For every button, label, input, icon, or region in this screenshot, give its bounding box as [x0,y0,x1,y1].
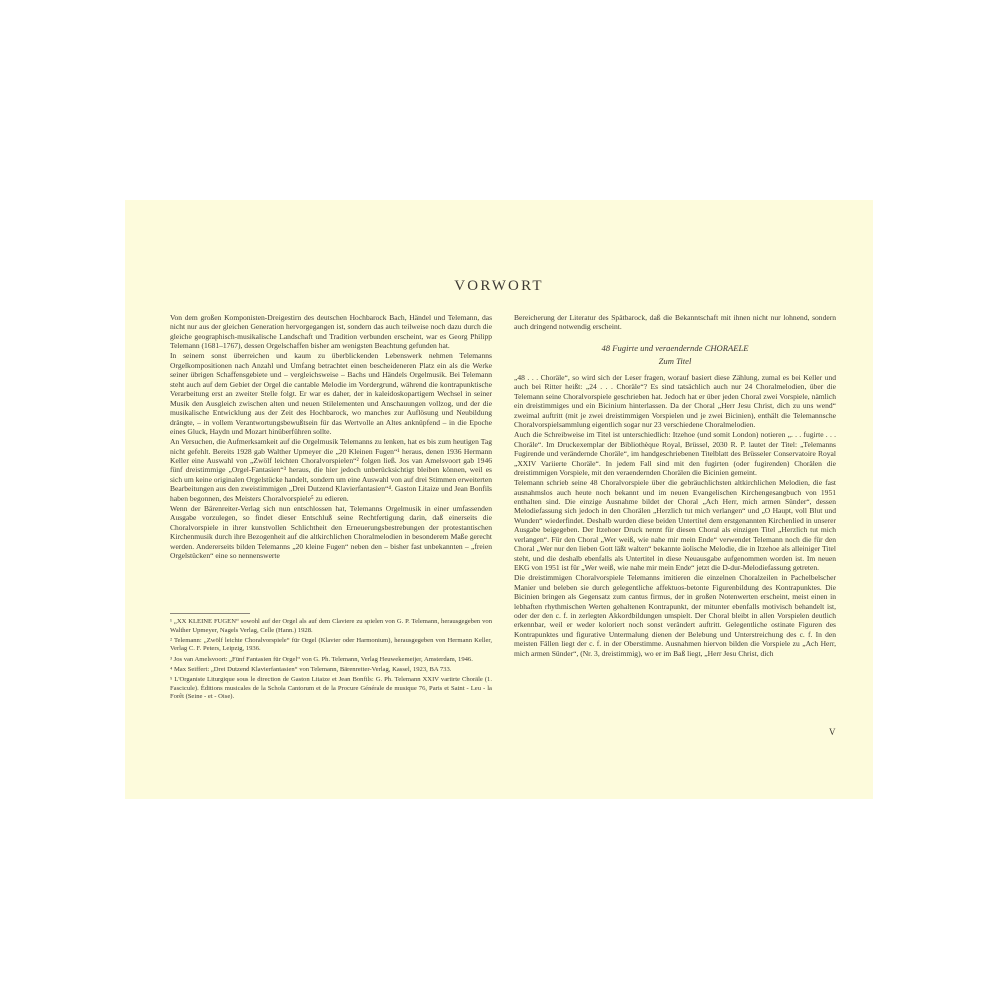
footnote: ⁴ Max Seiffert: „Drei Dutzend Klavierfan… [170,666,492,675]
footnote: ¹ „XX KLEINE FUGEN“ sowohl auf der Orgel… [170,618,492,635]
footnote: ⁵ L'Organiste Liturgique sous le directi… [170,676,492,702]
paragraph: „48 . . . Choräle“, so wird sich der Les… [514,373,836,430]
section-subheading: Zum Titel [514,356,836,367]
paragraph: Wenn der Bärenreiter-Verlag sich nun ent… [170,504,492,561]
paragraph: Von dem großen Komponisten-Dreigestirn d… [170,313,492,351]
book-page: VORWORT Von dem großen Komponisten-Dreig… [125,200,873,799]
footnotes: ¹ „XX KLEINE FUGEN“ sowohl auf der Orgel… [170,618,492,703]
page-title: VORWORT [125,278,873,295]
paragraph: Bereicherung der Literatur des Spätbaroc… [514,313,836,332]
footnote: ² Telemann: „Zwölf leichte Choralvorspie… [170,637,492,654]
section-heading: 48 Fugirte und veraendernde CHORAELE [514,343,836,354]
paragraph: An Versuchen, die Aufmerksamkeit auf die… [170,437,492,503]
footnote-divider [170,613,250,614]
paragraph: Auch die Schreibweise im Titel ist unter… [514,430,836,477]
left-column: Von dem großen Komponisten-Dreigestirn d… [170,313,492,561]
paragraph: Telemann schrieb seine 48 Choralvorspiel… [514,478,836,573]
footnote: ³ Jos van Amelsvoort: „Fünf Fantasien fü… [170,656,492,665]
page-number: V [829,727,836,737]
right-column: Bereicherung der Literatur des Spätbaroc… [514,313,836,659]
paragraph: In seinem sonst überreichen und kaum zu … [170,351,492,436]
paragraph: Die dreistimmigen Choralvorspiele Telema… [514,573,836,658]
